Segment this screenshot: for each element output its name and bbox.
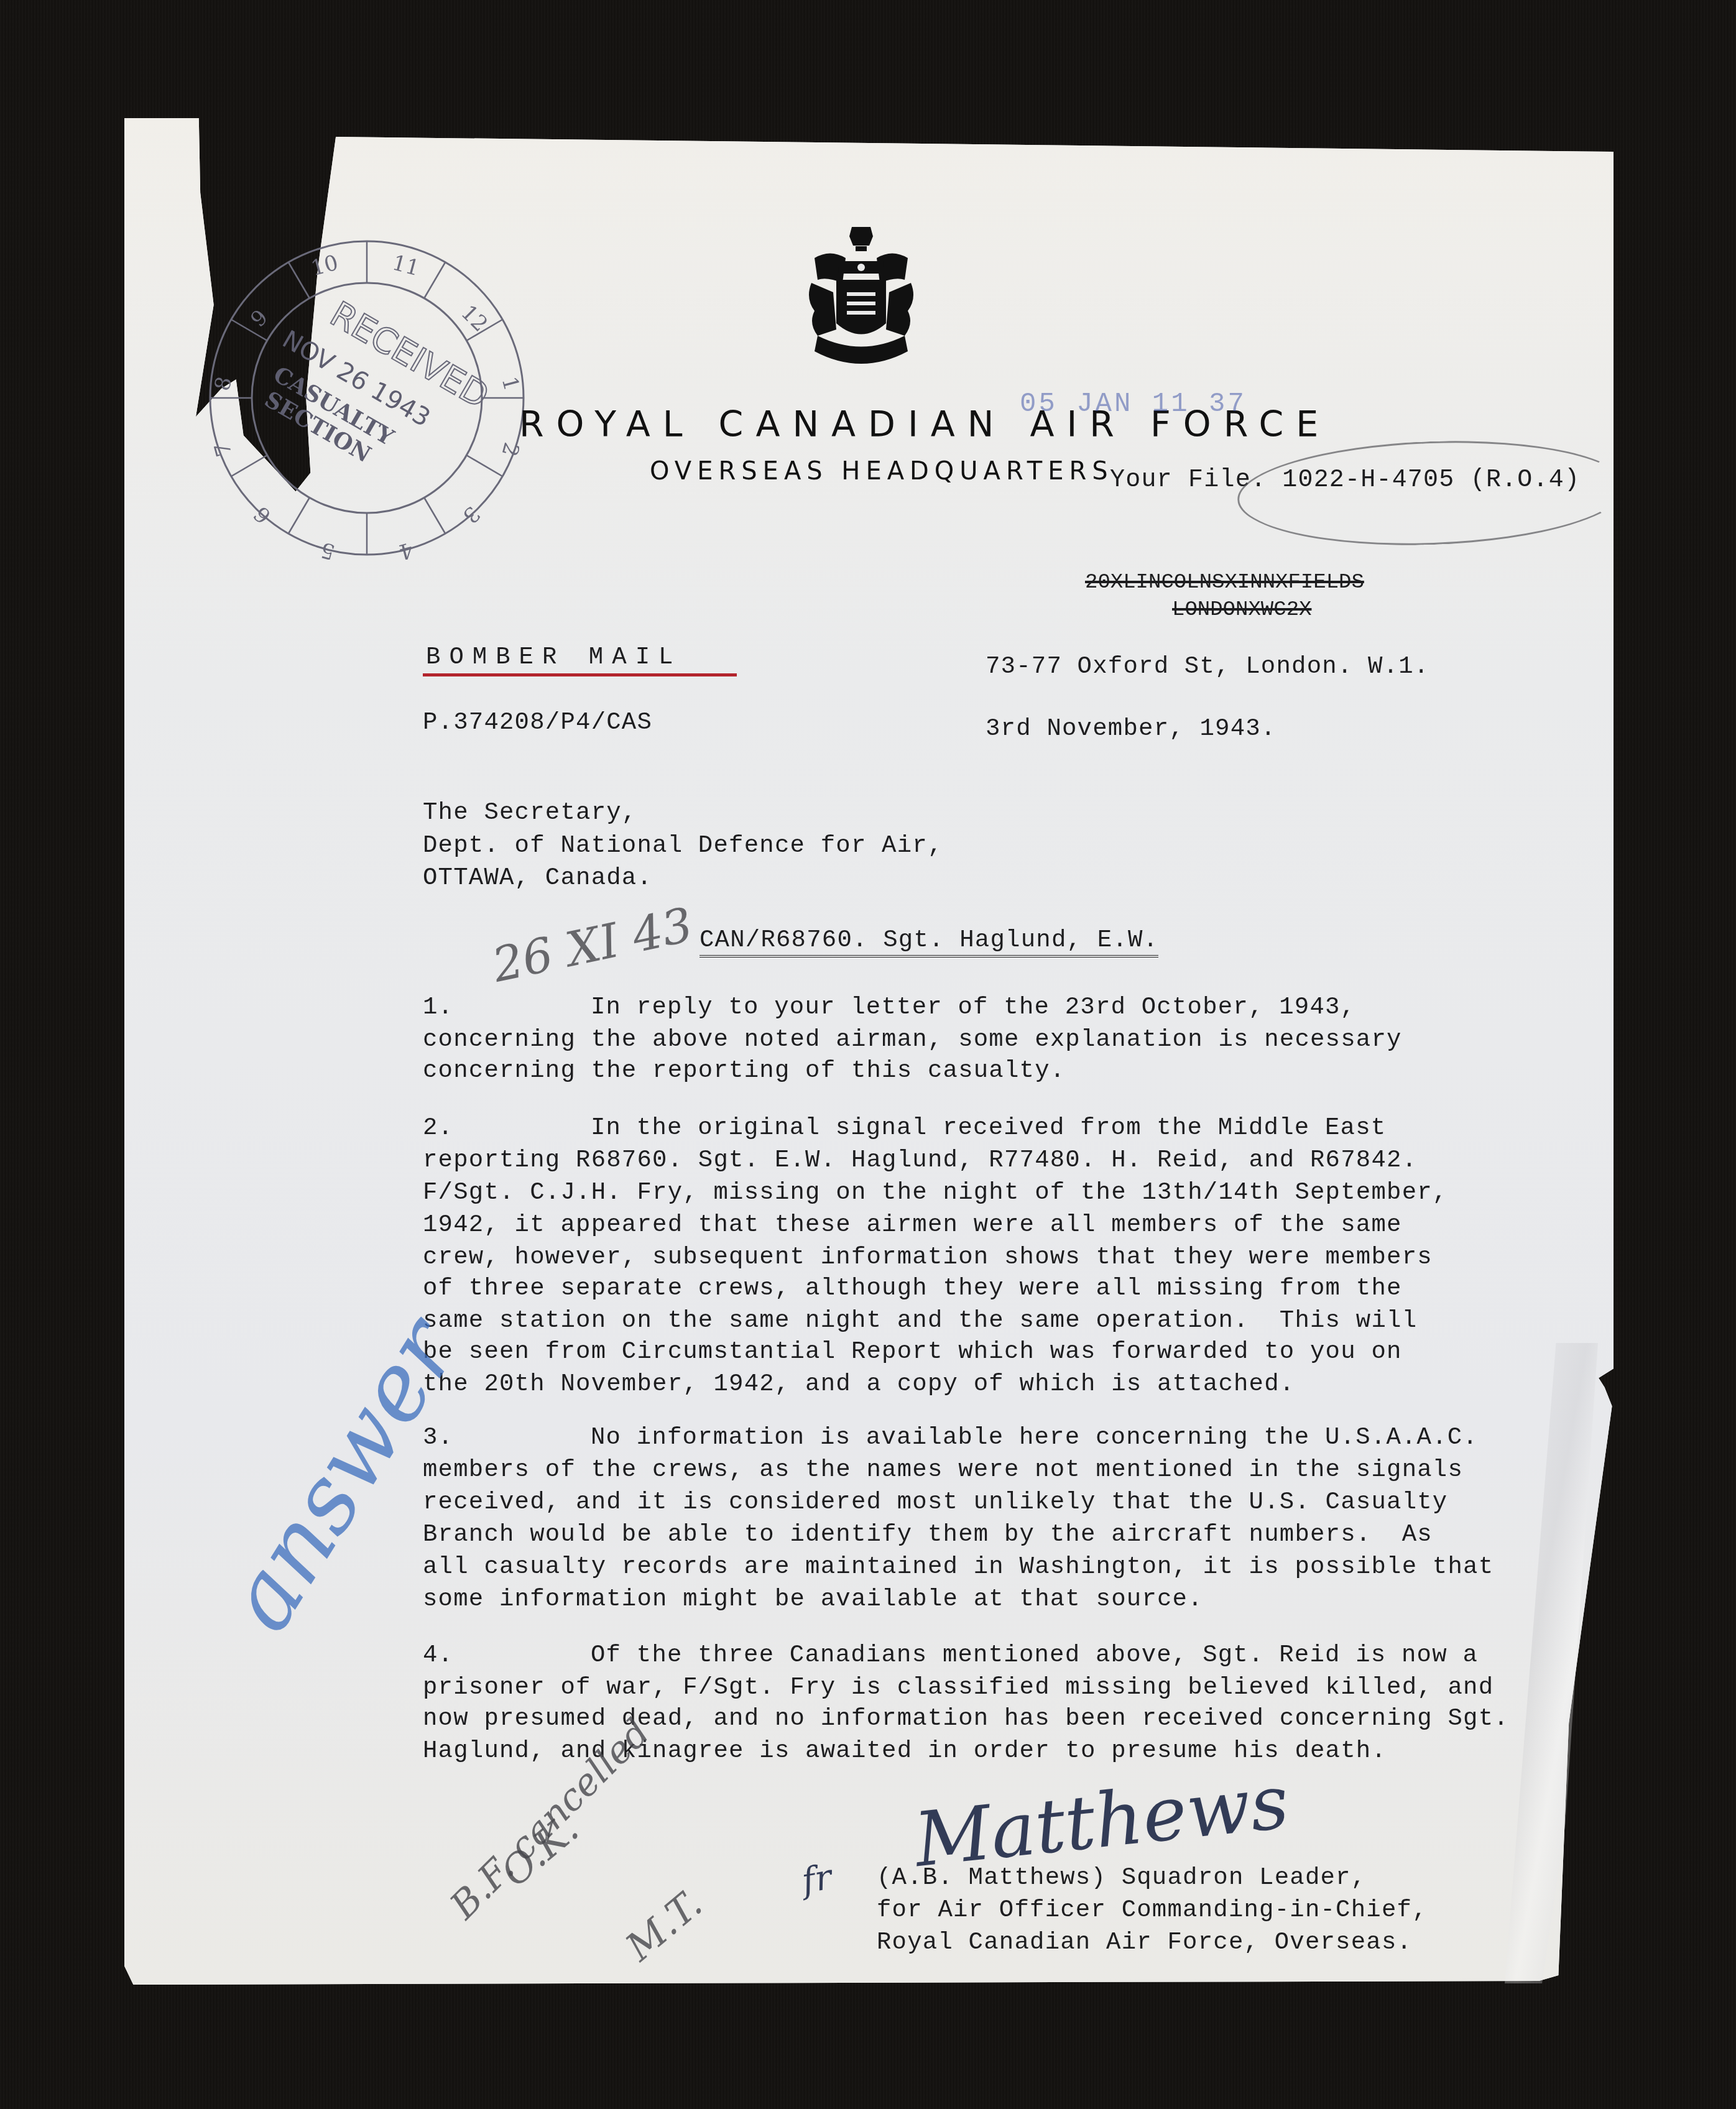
delivery-method: BOMBER MAIL xyxy=(426,644,681,671)
paragraph-2-line: crew, however, subsequent information sh… xyxy=(423,1244,1433,1271)
svg-text:11: 11 xyxy=(390,250,422,281)
paragraph-2-line: 1942, it appeared that these airmen were… xyxy=(423,1211,1402,1239)
for-mark: fr xyxy=(799,1857,835,1901)
paragraph-1-number: 1. xyxy=(423,994,453,1021)
paragraph-2-line: In the original signal received from the… xyxy=(591,1114,1386,1142)
paragraph-4-number: 4. xyxy=(423,1641,453,1669)
paragraph-3-line: all casualty records are maintained in W… xyxy=(423,1553,1494,1581)
paragraph-3-line: No information is available here concern… xyxy=(591,1424,1478,1451)
svg-text:9: 9 xyxy=(246,305,273,332)
paragraph-2-number: 2. xyxy=(423,1114,453,1142)
coat-of-arms-icon xyxy=(802,224,920,376)
organization-division: OVERSEAS HEADQUARTERS xyxy=(650,457,1114,486)
paragraph-1-line: concerning the reporting of this casualt… xyxy=(423,1057,1065,1084)
paragraph-3-line: Branch would be able to identify them by… xyxy=(423,1521,1433,1548)
paragraph-2-line: reporting R68760. Sgt. E.W. Haglund, R77… xyxy=(423,1147,1417,1174)
svg-text:10: 10 xyxy=(308,250,341,281)
paragraph-1-line: In reply to your letter of the 23rd Octo… xyxy=(591,994,1355,1021)
paragraph-4-line: now presumed dead, and no information ha… xyxy=(423,1705,1509,1732)
paragraph-2-line: be seen from Circumstantial Report which… xyxy=(423,1338,1402,1365)
recipient-line-1: The Secretary, xyxy=(423,799,637,826)
signatory-title: for Air Officer Commanding-in-Chief, xyxy=(877,1896,1428,1924)
recipient-line-2: Dept. of National Defence for Air, xyxy=(423,832,943,859)
svg-text:7: 7 xyxy=(210,440,237,459)
paragraph-3-line: received, and it is considered most unli… xyxy=(423,1488,1447,1516)
svg-text:1: 1 xyxy=(497,374,524,394)
sender-address: 73-77 Oxford St, London. W.1. xyxy=(986,653,1429,680)
letter-date: 3rd November, 1943. xyxy=(986,715,1276,742)
reference-number: P.374208/P4/CAS xyxy=(423,709,652,736)
dial-stamp-icon: 10 11 12 1 2 3 4 5 6 7 8 9 RECEIVED NOV … xyxy=(205,236,529,560)
time-received-stamp: 05 JAN 11 37 xyxy=(1020,389,1247,420)
svg-text:8: 8 xyxy=(210,374,237,394)
paragraph-1-line: concerning the above noted airman, some … xyxy=(423,1026,1402,1053)
paragraph-2-line: F/Sgt. C.J.H. Fry, missing on the night … xyxy=(423,1179,1447,1206)
signatory-org: Royal Canadian Air Force, Overseas. xyxy=(877,1929,1412,1956)
letter-subject: CAN/R68760. Sgt. Haglund, E.W. xyxy=(699,926,1158,958)
struck-address-line-1: 20XLINCOLNSXINNXFIELDS xyxy=(1085,571,1364,594)
paragraph-3-line: some information might be available at t… xyxy=(423,1585,1203,1613)
paragraph-2-line: the 20th November, 1942, and a copy of w… xyxy=(423,1370,1295,1398)
struck-address-line-2: LONDONXWC2X xyxy=(1172,598,1311,622)
svg-text:4: 4 xyxy=(396,537,415,560)
paragraph-4-line: Of the three Canadians mentioned above, … xyxy=(591,1641,1478,1669)
paragraph-2-line: same station on the same night and the s… xyxy=(423,1307,1417,1334)
paragraph-3-line: members of the crews, as the names were … xyxy=(423,1456,1463,1484)
paragraph-4-line: prisoner of war, F/Sgt. Fry is classifie… xyxy=(423,1674,1494,1701)
red-underline xyxy=(423,673,737,676)
paragraph-4-line: Haglund, and kinagree is awaited in orde… xyxy=(423,1737,1387,1765)
received-stamp: 10 11 12 1 2 3 4 5 6 7 8 9 RECEIVED NOV … xyxy=(205,236,529,560)
paragraph-2-line: of three separate crews, although they w… xyxy=(423,1275,1402,1302)
recipient-line-3: OTTAWA, Canada. xyxy=(423,864,652,892)
signatory-name: (A.B. Matthews) Squadron Leader, xyxy=(877,1864,1366,1891)
